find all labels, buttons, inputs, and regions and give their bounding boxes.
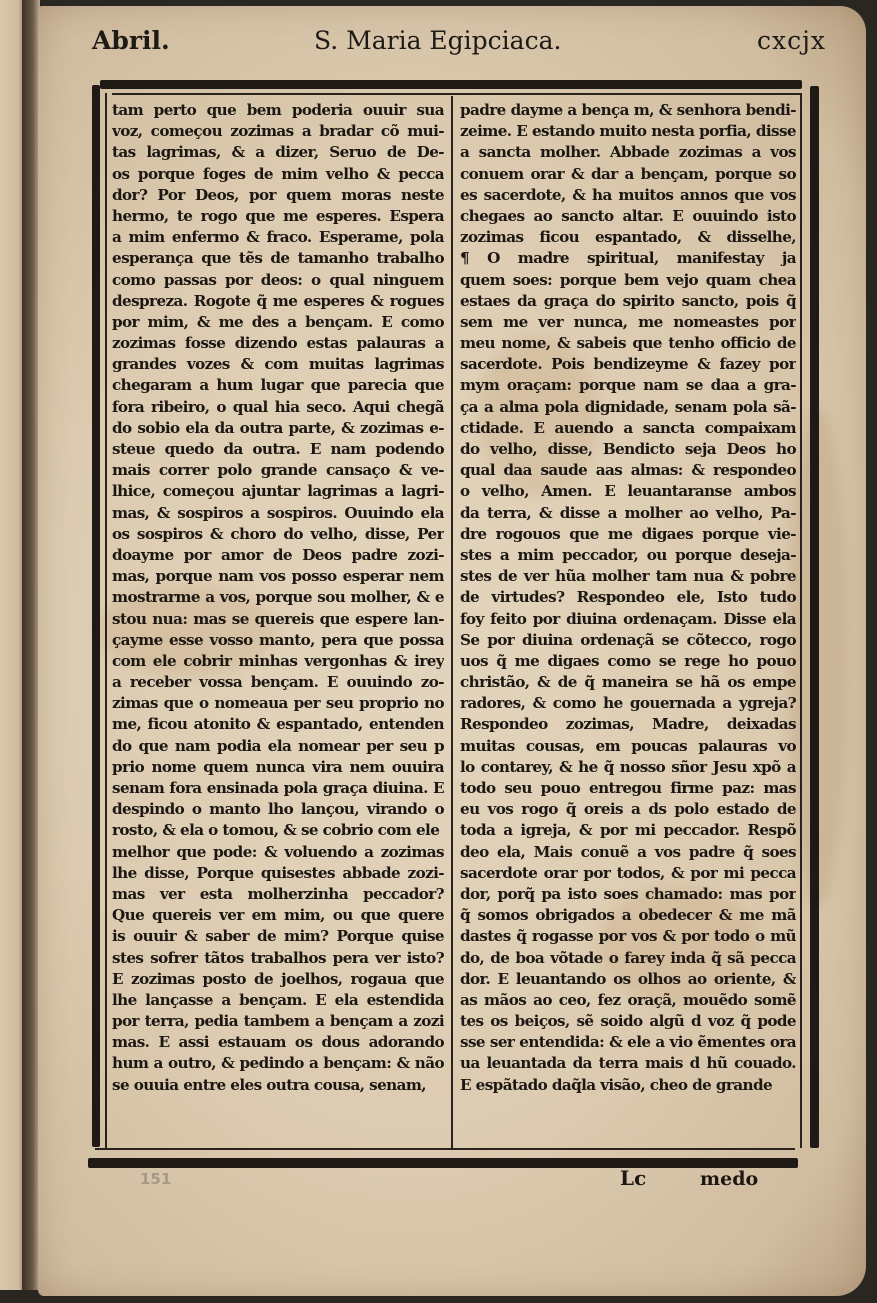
text-line: a mim enfermo & fraco. Esperame, pola — [112, 227, 444, 248]
text-line: todo seu pouo entregou firme paz: mas — [460, 778, 796, 799]
text-line: stes de ver hũa molher tam nua & pobre — [460, 566, 796, 587]
text-line: meu nome, & sabeis que tenho officio de — [460, 333, 796, 354]
border-rule-bottom-inner — [95, 1148, 795, 1150]
text-line: lhe disse, Porque quisestes abbade zozi- — [112, 863, 444, 884]
text-line: q̃ somos obrigados a obedecer & me mã — [460, 905, 796, 926]
text-line: dor? Por Deos, por quem moras neste — [112, 185, 444, 206]
text-line: mais correr polo grande cansaço & ve- — [112, 460, 444, 481]
text-line: muitas cousas, em poucas palauras vo — [460, 736, 796, 757]
text-line: zimas que o nomeaua per seu proprio no — [112, 693, 444, 714]
text-line: mas ver esta molherzinha peccador? — [112, 884, 444, 905]
text-line: se ouuia entre eles outra cousa, senam, — [112, 1075, 444, 1096]
catchword-mark: Lc — [620, 1166, 646, 1190]
text-line: ctidade. E auendo a sancta compaixam — [460, 418, 796, 439]
text-line: dor, porq̃ pa isto soes chamado: mas por — [460, 884, 796, 905]
text-line: da terra, & disse a molher ao velho, Pa- — [460, 503, 796, 524]
text-line: Que quereis ver em mim, ou que quere — [112, 905, 444, 926]
text-line: de virtudes? Respondeo ele, Isto tudo — [460, 587, 796, 608]
text-line: mostrarme a vos, porque sou molher, & e — [112, 587, 444, 608]
text-line: com ele cobrir minhas vergonhas & irey — [112, 651, 444, 672]
text-line: steue quedo da outra. E nam podendo — [112, 439, 444, 460]
border-rule-right-inner — [800, 93, 802, 1148]
text-line: chegaes ao sancto altar. E ouuindo isto — [460, 206, 796, 227]
border-rule-top — [100, 80, 802, 89]
text-line: hum a outro, & pedindo a bençam: & não — [112, 1053, 444, 1074]
text-line: Se por diuina ordenaçã se cõtecco, rogo — [460, 630, 796, 651]
text-line: os porque foges de mim velho & pecca — [112, 164, 444, 185]
text-line: a sancta molher. Abbade zozimas a vos — [460, 142, 796, 163]
border-rule-left-inner — [105, 93, 107, 1148]
border-rule-right — [810, 86, 819, 1148]
text-line: mas, & sospiros a sospiros. Ouuindo ela — [112, 503, 444, 524]
text-line: doayme por amor de Deos padre zozi- — [112, 545, 444, 566]
text-line: dastes q̃ rogasse por vos & por todo o m… — [460, 926, 796, 947]
text-line: qual daa saude aas almas: & respondeo — [460, 460, 796, 481]
text-line: sem me ver nunca, me nomeastes por — [460, 312, 796, 333]
text-line: stes sofrer tãtos trabalhos pera ver ist… — [112, 948, 444, 969]
text-line: tas lagrimas, & a dizer, Seruo de De- — [112, 142, 444, 163]
month-label: Abril. — [92, 26, 170, 55]
text-line: dor. E leuantando os olhos ao oriente, & — [460, 969, 796, 990]
text-line: por terra, pedia tambem a bençam a zozi — [112, 1011, 444, 1032]
text-line: prio nome quem nunca vira nem ouuira — [112, 757, 444, 778]
text-line: es sacerdote, & ha muitos annos que vos — [460, 185, 796, 206]
text-line: como passas por deos: o qual ninguem — [112, 270, 444, 291]
text-line: fora ribeiro, o qual hia seco. Aqui cheg… — [112, 397, 444, 418]
text-line: melhor que pode: & voluendo a zozimas — [112, 842, 444, 863]
text-line: chegaram a hum lugar que parecia que — [112, 375, 444, 396]
text-line: padre dayme a bença m, & senhora bendi- — [460, 100, 796, 121]
catchword: medo — [700, 1168, 758, 1190]
text-line: rosto, & ela o tomou, & se cobrio com el… — [112, 820, 444, 841]
text-line: sse ser entendida: & ele a vio ẽmentes o… — [460, 1032, 796, 1053]
text-column-right: padre dayme a bença m, & senhora bendi-z… — [460, 100, 796, 1148]
text-line: lhe lançasse a bençam. E ela estendida — [112, 990, 444, 1011]
text-line: voz, começou zozimas a bradar cõ mui- — [112, 121, 444, 142]
text-line: zozimas ficou espantado, & disselhe, — [460, 227, 796, 248]
text-line: do sobio ela da outra parte, & zozimas e… — [112, 418, 444, 439]
text-line: mas. E assi estauam os dous adorando — [112, 1032, 444, 1053]
running-head: Abril. S. Maria Egipciaca. cxcjx — [92, 22, 792, 62]
text-line: hermo, te rogo que me esperes. Espera — [112, 206, 444, 227]
text-line: deo ela, Mais conuẽ a vos padre q̃ soes — [460, 842, 796, 863]
text-line: quem soes: porque bem vejo quam chea — [460, 270, 796, 291]
text-line: conuem orar & dar a bençam, porque so — [460, 164, 796, 185]
text-line: por mim, & me des a bençam. E como — [112, 312, 444, 333]
signature-mark: 151 — [140, 1170, 171, 1188]
text-line: lhice, começou ajuntar lagrimas a lagri- — [112, 481, 444, 502]
text-line: tes os beiços, sẽ soido algũ d voz q̃ po… — [460, 1011, 796, 1032]
text-line: do, de boa võtade o farey inda q̃ sã pec… — [460, 948, 796, 969]
text-line: do velho, disse, Bendicto seja Deos ho — [460, 439, 796, 460]
text-line: ua leuantada da terra mais d hũ couado. — [460, 1053, 796, 1074]
border-rule-left — [92, 85, 100, 1147]
text-line: grandes vozes & com muitas lagrimas — [112, 354, 444, 375]
folio-number: cxcjx — [757, 26, 826, 55]
text-line: Respondeo zozimas, Madre, deixadas — [460, 714, 796, 735]
border-rule-top-inner — [112, 93, 800, 95]
text-line: os sospiros & choro do velho, disse, Per — [112, 524, 444, 545]
border-rule-bottom — [88, 1158, 798, 1168]
text-line: zeime. E estando muito nesta porfia, dis… — [460, 121, 796, 142]
text-line: radores, & como he gouernada a ygreja? — [460, 693, 796, 714]
text-line: despindo o manto lho lançou, virando o — [112, 799, 444, 820]
text-line: stes a mim peccador, ou porque deseja- — [460, 545, 796, 566]
text-line: christão, & de q̃ maneira se hã os empe — [460, 672, 796, 693]
text-line: senam fora ensinada pola graça diuina. E — [112, 778, 444, 799]
text-line: foy feito por diuina ordenaçam. Disse el… — [460, 609, 796, 630]
text-line: ¶ O madre spiritual, manifestay ja — [460, 248, 796, 269]
text-line: uos q̃ me digaes como se rege ho pouo — [460, 651, 796, 672]
text-line: toda a igreja, & por mi peccador. Respõ — [460, 820, 796, 841]
column-divider — [451, 96, 453, 1148]
text-line: E zozimas posto de joelhos, rogaua que — [112, 969, 444, 990]
text-line: zozimas fosse dizendo estas palauras a — [112, 333, 444, 354]
text-line: mas, porque nam vos posso esperar nem — [112, 566, 444, 587]
text-line: sacerdote orar por todos, & por mi pecca — [460, 863, 796, 884]
text-line: despreza. Rogote q̃ me esperes & rogues — [112, 291, 444, 312]
text-line: tam perto que bem poderia ouuir sua — [112, 100, 444, 121]
text-line: as mãos ao ceo, fez oraçã, mouẽdo somẽ — [460, 990, 796, 1011]
text-line: me, ficou atonito & espantado, entenden — [112, 714, 444, 735]
text-line: sacerdote. Pois bendizeyme & fazey por — [460, 354, 796, 375]
text-line: estaes da graça do spirito sancto, pois … — [460, 291, 796, 312]
text-line: a receber vossa bençam. E ouuindo zo- — [112, 672, 444, 693]
text-line: mym oraçam: porque nam se daa a gra- — [460, 375, 796, 396]
text-line: çayme esse vosso manto, pera que possa — [112, 630, 444, 651]
text-line: eu vos rogo q̃ oreis a ds polo estado de — [460, 799, 796, 820]
text-line: stou nua: mas se quereis que espere lan- — [112, 609, 444, 630]
text-line: o velho, Amen. E leuantaranse ambos — [460, 481, 796, 502]
text-column-left: tam perto que bem poderia ouuir suavoz, … — [112, 100, 444, 1148]
text-line: do que nam podia ela nomear per seu p — [112, 736, 444, 757]
text-line: ça a alma pola dignidade, senam pola sã- — [460, 397, 796, 418]
text-line: esperança que tẽs de tamanho trabalho — [112, 248, 444, 269]
chapter-title: S. Maria Egipciaca. — [314, 26, 561, 55]
text-line: lo contarey, & he q̃ nosso sñor Jesu xpõ… — [460, 757, 796, 778]
text-line: is ouuir & saber de mim? Porque quise — [112, 926, 444, 947]
text-line: dre rogouos que me digaes porque vie- — [460, 524, 796, 545]
text-line: E espãtado daq̃la visão, cheo de grande — [460, 1075, 796, 1096]
